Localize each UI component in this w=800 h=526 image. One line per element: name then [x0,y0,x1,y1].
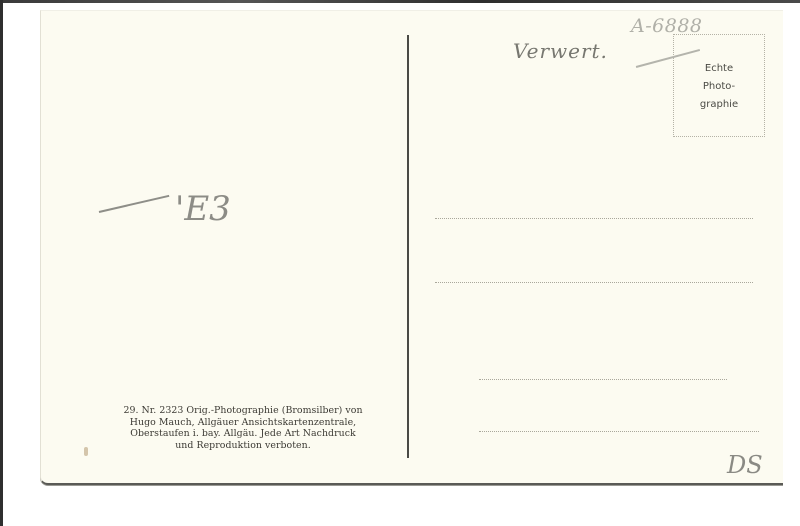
publisher-caption: 29. Nr. 2323 Orig.-Photographie (Bromsil… [93,405,393,451]
handwritten-initials: DS [727,451,763,479]
scan-edge-left [0,0,3,526]
scan-edge-top [0,0,800,3]
stamp-box: Echte Photo- graphie [673,34,765,137]
address-line-3 [479,379,727,380]
pencil-stroke [99,195,170,213]
stamp-line: Photo- [674,78,764,96]
center-divider [407,35,409,458]
caption-line: und Reproduktion verboten. [93,440,393,452]
caption-line: Hugo Mauch, Allgäuer Ansichtskartenzentr… [93,417,393,429]
stamp-line: graphie [674,96,764,114]
address-line-4 [479,431,759,432]
address-line-1 [435,218,753,219]
address-line-2 [435,282,753,283]
paper-stain [84,447,88,456]
handwritten-reference: A-6888 [631,15,703,37]
caption-line: Oberstaufen i. bay. Allgäu. Jede Art Nac… [93,428,393,440]
stamp-box-label: Echte Photo- graphie [674,60,764,114]
postcard-back: 29. Nr. 2323 Orig.-Photographie (Bromsil… [40,10,783,485]
handwritten-note: Verwert. [513,39,608,63]
stamp-line: Echte [674,60,764,78]
caption-line: 29. Nr. 2323 Orig.-Photographie (Bromsil… [93,405,393,417]
handwritten-mark: 'E3 [175,189,231,229]
